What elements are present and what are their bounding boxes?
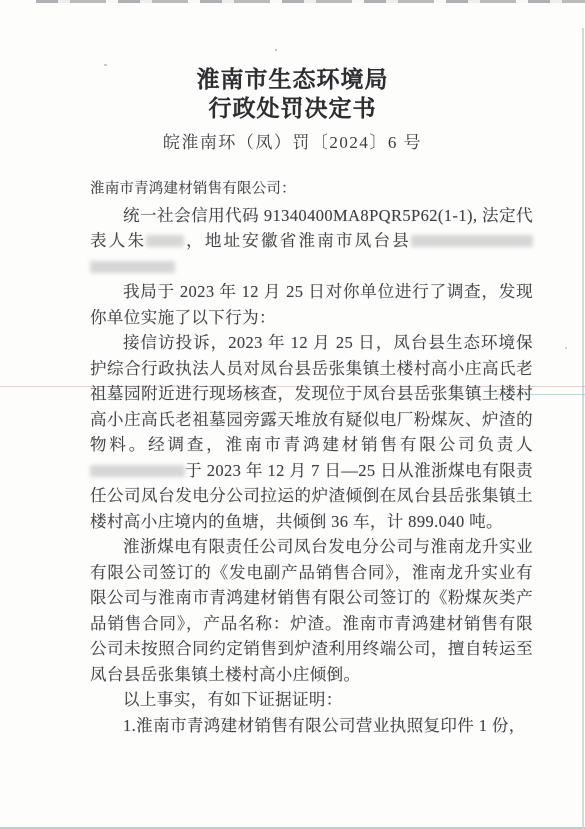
document-title-line2: 行政处罚决定书 — [0, 94, 585, 123]
body-text: 淮南市青鸿建材销售有限公司： — [90, 181, 296, 197]
body-text: 接信访投诉，2023 年 12 月 25 日，凤台县生态环境保护综合行政执法人员… — [90, 333, 533, 454]
body-paragraph: 以上事实，有如下证据证明： — [90, 687, 533, 713]
redaction-blur — [411, 235, 533, 247]
redaction-blur — [146, 235, 184, 247]
document-title: 淮南市生态环境局 行政处罚决定书 — [0, 65, 585, 123]
document-body: 淮南市青鸿建材销售有限公司：统一社会信用代码 91340400MA8PQR5P6… — [90, 177, 533, 738]
recipient-line: 淮南市青鸿建材销售有限公司： — [90, 177, 533, 203]
body-paragraph: 我局于 2023 年 12 月 25 日对你单位进行了调查，发现你单位实施了以下… — [90, 279, 533, 330]
redaction-blur — [90, 261, 175, 273]
document-title-line1: 淮南市生态环境局 — [0, 65, 585, 94]
body-text: 我局于 2023 年 12 月 25 日对你单位进行了调查，发现你单位实施了以下… — [90, 282, 533, 327]
document-number: 皖淮南环（凤）罚〔2024〕6 号 — [0, 128, 585, 153]
body-text: 1.淮南市青鸿建材销售有限公司营业执照复印件 1 份， — [123, 716, 526, 735]
body-paragraph: 1.淮南市青鸿建材销售有限公司营业执照复印件 1 份， — [90, 713, 533, 739]
body-text: 淮浙煤电有限责任公司凤台发电分公司与淮南龙升实业有限公司签订的《发电副产品销售合… — [90, 537, 533, 684]
body-text: 以上事实，有如下证据证明： — [123, 690, 343, 709]
scanned-document-page: 淮南市生态环境局 行政处罚决定书 皖淮南环（凤）罚〔2024〕6 号 淮南市青鸿… — [0, 0, 585, 829]
body-paragraph: 接信访投诉，2023 年 12 月 25 日，凤台县生态环境保护综合行政执法人员… — [90, 330, 533, 534]
redaction-blur — [90, 465, 185, 477]
body-paragraph: 统一社会信用代码 91340400MA8PQR5P62(1-1), 法定代表人朱… — [90, 203, 533, 280]
scan-speck — [275, 49, 277, 51]
body-text: ，地址安徽省淮南市凤台县 — [184, 231, 411, 250]
body-paragraph: 淮浙煤电有限责任公司凤台发电分公司与淮南龙升实业有限公司签订的《发电副产品销售合… — [90, 534, 533, 687]
scan-edge-top — [36, 0, 585, 3]
scan-speck — [565, 347, 567, 349]
